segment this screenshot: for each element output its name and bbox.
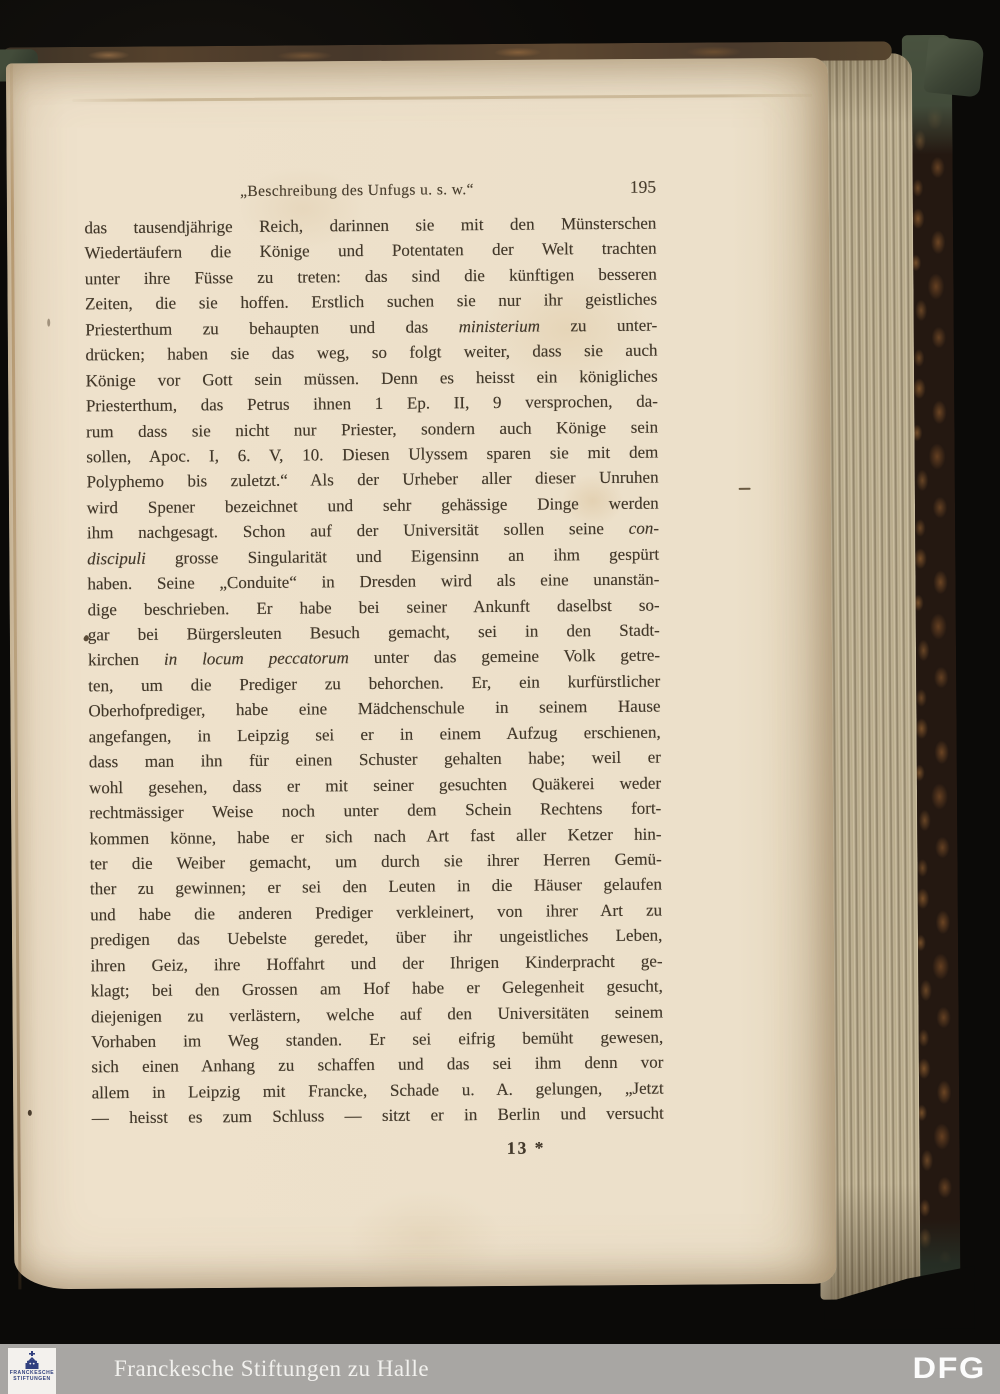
signature-mark: 13 * [446, 1137, 606, 1159]
franckesche-stiftungen-logo: FRANCKESCHE STIFTUNGEN [8, 1348, 56, 1394]
scan-viewport: „Beschreibung des Unfugs u. s. w.“ 195 d… [0, 0, 1000, 1394]
branding-footer: FRANCKESCHE STIFTUNGEN Franckesche Stift… [0, 1344, 1000, 1394]
running-header: „Beschreibung des Unfugs u. s. w.“ 195 [84, 177, 656, 203]
book-scan: „Beschreibung des Unfugs u. s. w.“ 195 d… [0, 0, 1000, 1394]
eagle-sun-emblem-icon [21, 1351, 43, 1371]
page-number: 195 [630, 177, 656, 198]
text-line: — heisst es zum Schluss — sitzt er in Be… [92, 1101, 664, 1131]
page-content: „Beschreibung des Unfugs u. s. w.“ 195 d… [5, 57, 837, 1290]
stain-speck [739, 488, 751, 490]
institution-name: Franckesche Stiftungen zu Halle [114, 1344, 429, 1394]
logo-text-line2: STIFTUNGEN [13, 1377, 50, 1383]
book-page: „Beschreibung des Unfugs u. s. w.“ 195 d… [6, 58, 837, 1290]
running-title: „Beschreibung des Unfugs u. s. w.“ [84, 180, 630, 203]
stain-speck [47, 319, 50, 327]
book-cover-corner [923, 36, 984, 97]
stain-speck [28, 1110, 32, 1116]
dfg-logo: DFG [913, 1344, 986, 1394]
body-text: das tausendjährige Reich, darinnen sie m… [84, 211, 664, 1132]
